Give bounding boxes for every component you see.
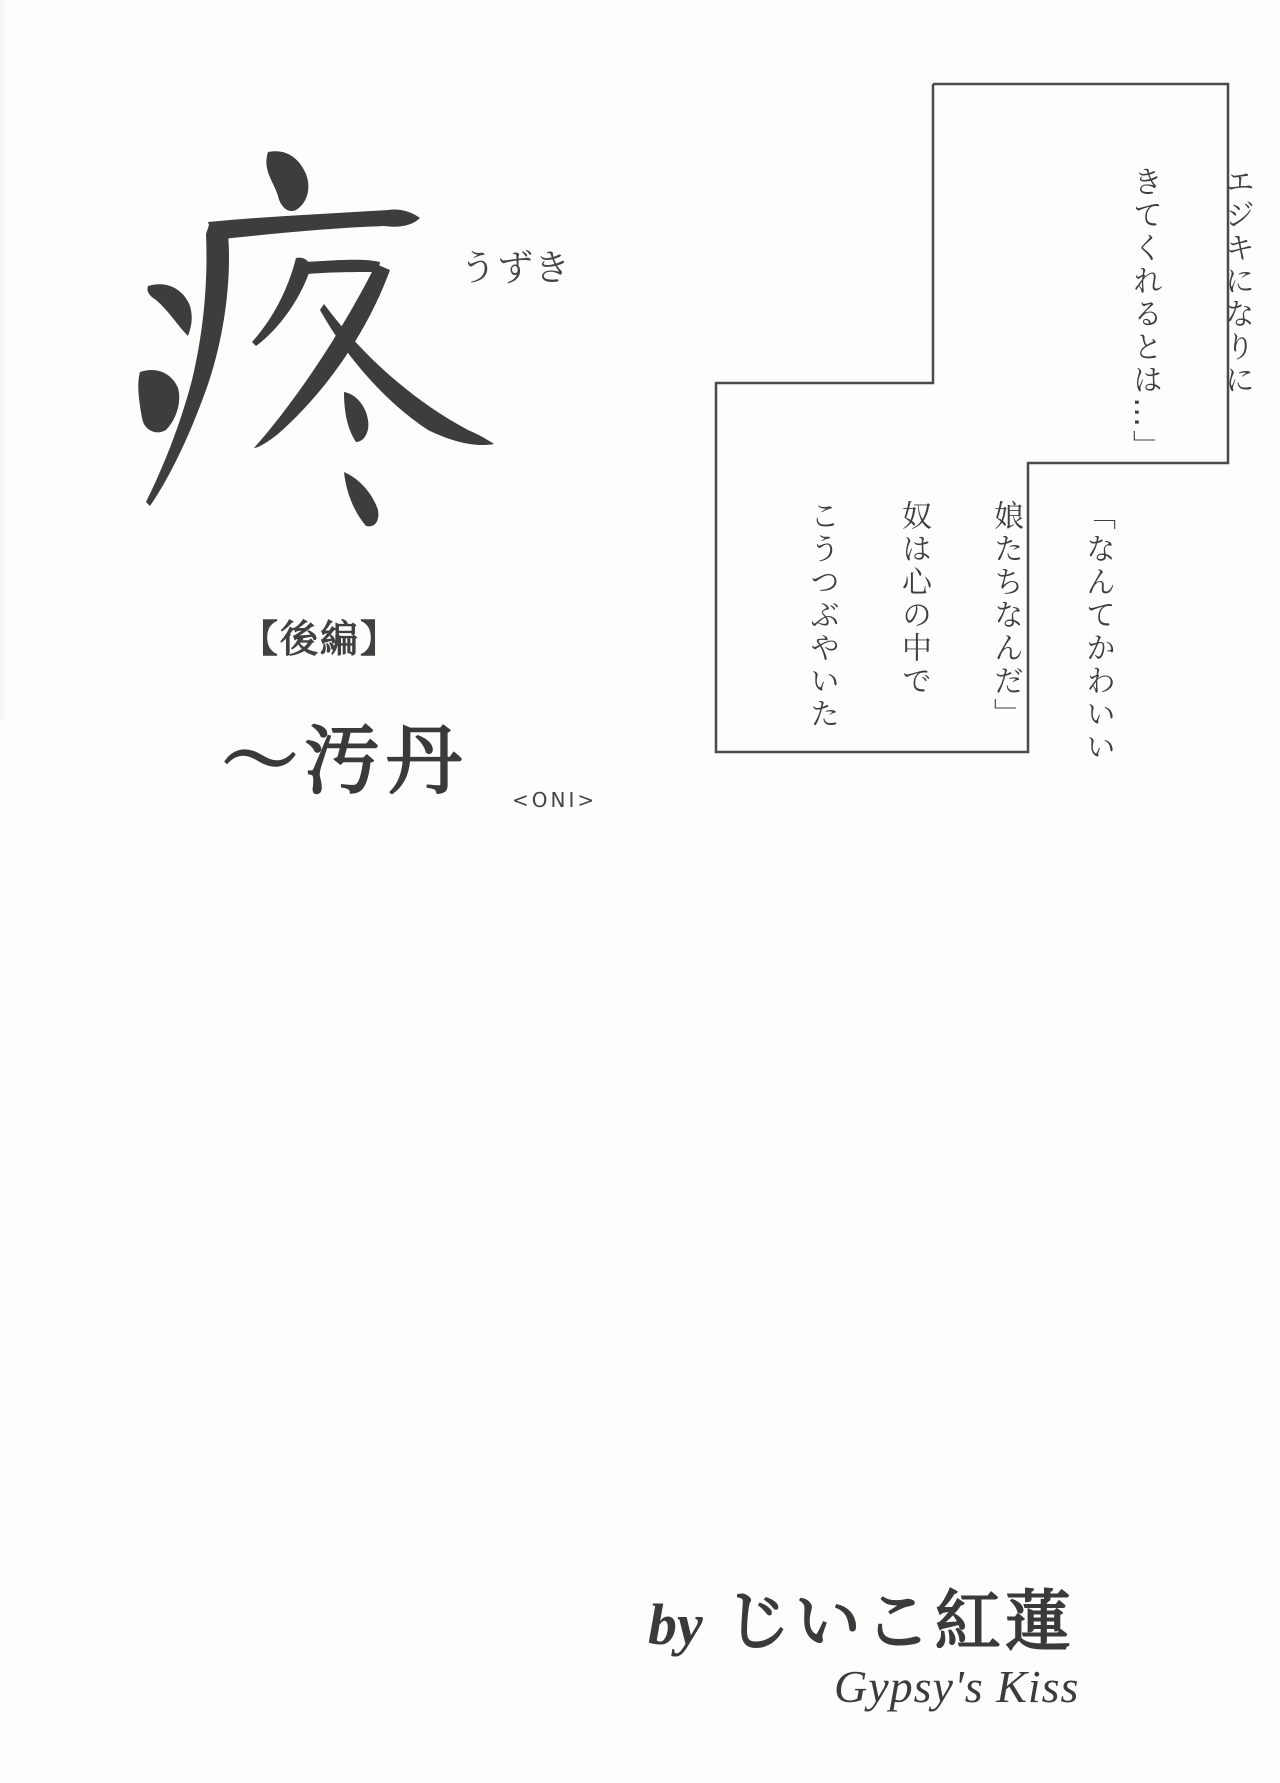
caption-upper: 「自分から エジキになりに きてくれるとは…」 (1075, 116, 1280, 463)
author-name: じいこ紅蓮 (725, 1568, 1075, 1663)
scan-edge-shadow (0, 0, 6, 720)
part-label: 【後編】 (240, 608, 400, 663)
caption-upper-line: エジキになりに (1219, 166, 1254, 397)
caption-lower-line: 娘たちなんだ」 (988, 500, 1023, 731)
title-furigana: うずき (460, 240, 571, 291)
subtitle-reading: <ONI> (512, 788, 597, 812)
caption-lower-line: 奴は心の中で (896, 500, 931, 698)
caption-upper-line: きてくれるとは…」 (1127, 166, 1162, 463)
subtitle: 〜汚丹 (222, 700, 468, 809)
byline: by じいこ紅蓮 (648, 1568, 1075, 1663)
byline-prefix: by (648, 1591, 703, 1658)
title-kanji-calligraphy: 疼 (128, 130, 508, 550)
caption-lower-line: 「なんてかわいい (1080, 500, 1115, 764)
circle-name: Gypsy's Kiss (834, 1660, 1079, 1713)
caption-lower-line: こうつぶやいた (804, 500, 839, 731)
title-page: 疼 うずき 【後編】 〜汚丹 <ONI> (0, 0, 1280, 1783)
caption-lower: 「なんてかわいい 娘たちなんだ」 奴は心の中で こうつぶやいた (752, 450, 1166, 764)
